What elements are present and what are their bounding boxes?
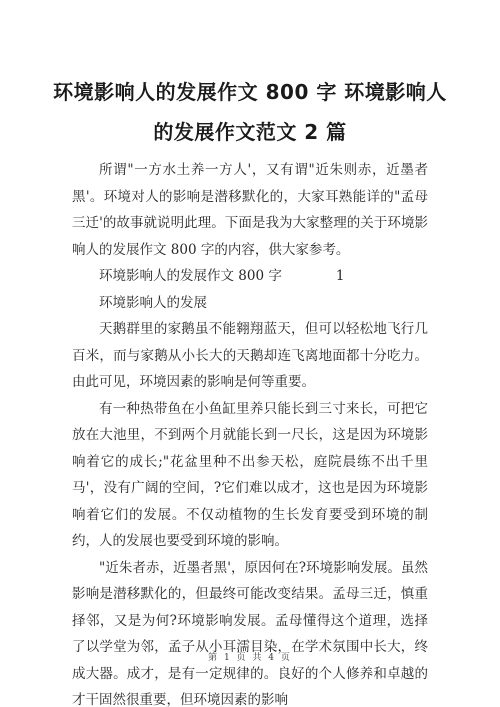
document-body: 所谓"一方水土养一方人'，又有谓"近朱则赤，近墨者黑'。环境对人的影响是潜移默化… — [72, 157, 428, 707]
document-page: 环境影响人的发展作文 800 字 环境影响人 的发展作文范文 2 篇 所谓"一方… — [0, 0, 500, 707]
paragraph-section-heading: 环境影响人的发展作文 800 字 1 — [72, 263, 428, 290]
paragraph-fish-example: 有一种热带鱼在小鱼缸里养只能长到三寸来长，可把它放在大池里，不到两个月就能长到一… — [72, 396, 428, 555]
page-footer: 第 1 页 共 4 页 — [0, 650, 500, 663]
paragraph-essay-title: 环境影响人的发展 — [72, 290, 428, 317]
document-title: 环境影响人的发展作文 800 字 环境影响人 的发展作文范文 2 篇 — [0, 72, 500, 152]
paragraph-mengmu-example: "近朱者赤，近墨者黑'，原因何在?环境影响发展。虽然影响是潜移默化的，但最终可能… — [72, 555, 428, 707]
paragraph-swan-example: 天鹅群里的家鹅虽不能翱翔蓝天，但可以轻松地飞行几百米，而与家鹅从小长大的天鹅却连… — [72, 316, 428, 396]
page-number-indicator: 第 1 页 共 4 页 — [208, 653, 292, 663]
paragraph-intro: 所谓"一方水土养一方人'，又有谓"近朱则赤，近墨者黑'。环境对人的影响是潜移默化… — [72, 157, 428, 263]
title-line-2: 的发展作文范文 2 篇 — [0, 112, 500, 152]
title-line-1: 环境影响人的发展作文 800 字 环境影响人 — [0, 72, 500, 112]
